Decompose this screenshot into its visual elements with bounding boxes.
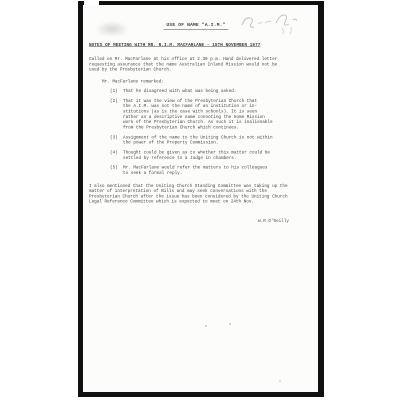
item-number: (4) [110,150,123,161]
typewritten-content: USE OF NAME "A.I.M." NOTES OF MEETING WI… [83,5,318,392]
document-title-text: USE OF NAME "A.I.M." [163,22,228,30]
item-number: (1) [110,88,123,93]
item-text: Thought could be given as to whether thi… [123,150,303,161]
list-item-2: (2) That it was the view of the Presbyte… [89,98,303,130]
item-number: (5) [110,165,123,176]
document-title: USE OF NAME "A.I.M." [89,22,303,30]
item-number: (2) [110,98,123,130]
item-text: That he disagreed with what was being as… [123,88,303,93]
item-text: Assignment of the name to the Uniting Ch… [123,135,303,146]
intro-paragraph: Called on Mr. MacFarlane at his office a… [89,57,303,73]
numbered-list: (1) That he disagreed with what was bein… [89,88,303,175]
list-item-4: (4) Thought could be given as to whether… [89,150,303,161]
item-number: (3) [110,135,123,146]
list-item-1: (1) That he disagreed with what was bein… [89,88,303,93]
scanned-page-photo: USE OF NAME "A.I.M." NOTES OF MEETING WI… [78,1,324,397]
signature: W.R.O'Reilly [89,219,303,224]
document-page: USE OF NAME "A.I.M." NOTES OF MEETING WI… [83,5,318,392]
list-item-5: (5) Mr. MacFarlane would refer the matte… [89,165,303,176]
list-item-3: (3) Assignment of the name to the Unitin… [89,135,303,146]
item-text: That it was the view of the Presbyterian… [123,98,303,130]
meeting-notes-heading: NOTES OF MEETING WITH MR. R.I.M. MACFARL… [89,43,303,48]
item-text: Mr. MacFarlane would refer the matters t… [123,165,303,176]
closing-paragraph: I also mentioned that the Uniting Church… [89,183,303,204]
remark-lead-line: Mr. MacFarlane remarked: [102,79,303,84]
